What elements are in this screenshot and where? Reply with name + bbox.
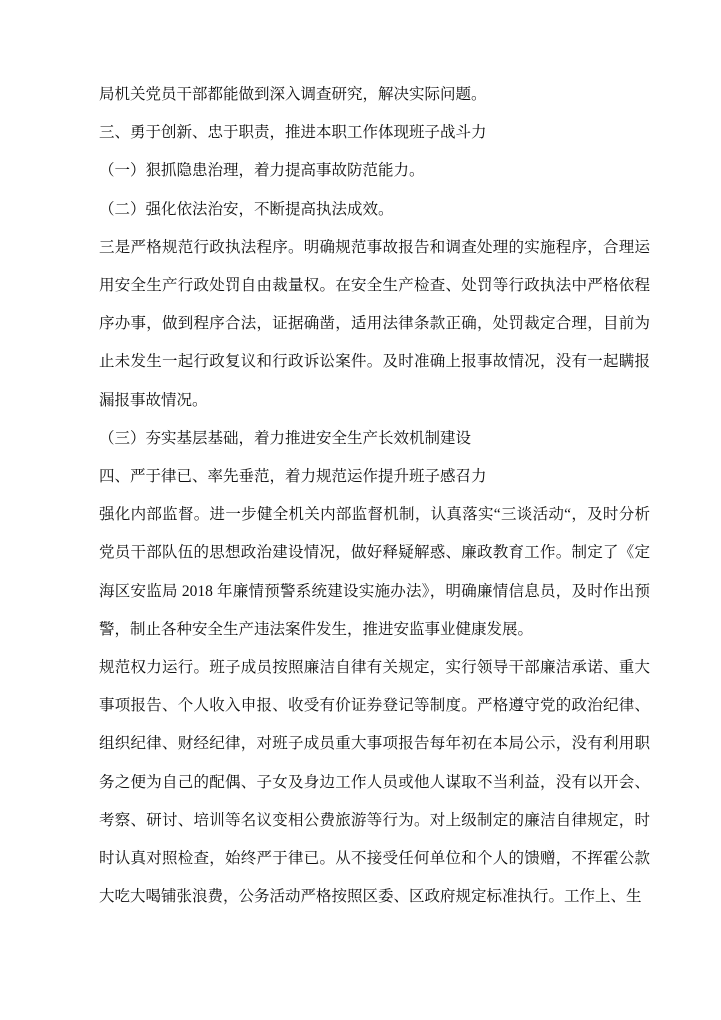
paragraph-continuation: 局机关党员干部都能做到深入调查研究，解决实际问题。	[99, 76, 650, 114]
document-page: 局机关党员干部都能做到深入调查研究，解决实际问题。 三、勇于创新、忠于职责，推进…	[0, 0, 721, 1020]
document-content: 局机关党员干部都能做到深入调查研究，解决实际问题。 三、勇于创新、忠于职责，推进…	[99, 76, 650, 916]
paragraph-power-regulation: 规范权力运行。班子成员按照廉洁自律有关规定，实行领导干部廉洁承诺、重大事项报告、…	[99, 649, 650, 916]
paragraph-internal-supervision: 强化内部监督。进一步健全机关内部监督机制，认真落实“三谈活动“，及时分析党员干部…	[99, 496, 650, 649]
paragraph-enforcement-procedures: 三是严格规范行政执法程序。明确规范事故报告和调查处理的实施程序，合理运用安全生产…	[99, 229, 650, 420]
section-heading-three: 三、勇于创新、忠于职责，推进本职工作体现班子战斗力	[99, 114, 650, 152]
subsection-heading-one: （一）狠抓隐患治理，着力提高事故防范能力。	[99, 152, 650, 190]
section-heading-four: 四、严于律已、率先垂范，着力规范运作提升班子感召力	[99, 458, 650, 496]
subsection-heading-three: （三）夯实基层基础，着力推进安全生产长效机制建设	[99, 420, 650, 458]
subsection-heading-two: （二）强化依法治安，不断提高执法成效。	[99, 191, 650, 229]
